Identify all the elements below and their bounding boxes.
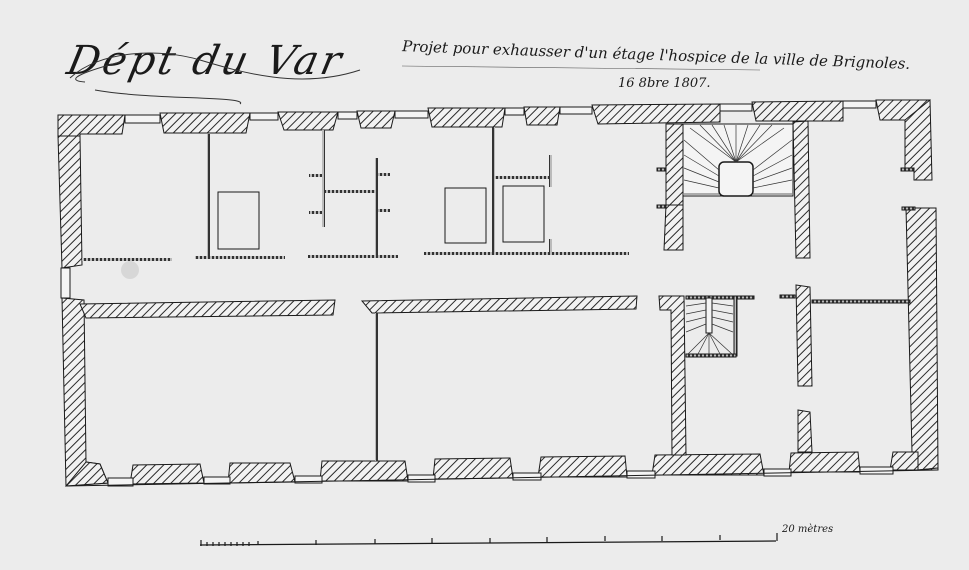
corridor-south-wall: [80, 296, 637, 318]
floor-plan: [0, 0, 969, 570]
north-east-staircase: [657, 121, 915, 258]
title-flourish: [70, 53, 360, 104]
scale-bar: [200, 533, 777, 546]
bed-outlines: [218, 186, 544, 249]
corridor-north-partitions: [82, 252, 629, 261]
drawing-sheet: Dépt du Var Projet pour exhausser d'un é…: [0, 0, 969, 570]
title-underline: [402, 66, 760, 70]
south-central-partition: [375, 313, 378, 461]
scan-stain: [121, 261, 139, 279]
south-east-stair-room: [659, 285, 910, 455]
